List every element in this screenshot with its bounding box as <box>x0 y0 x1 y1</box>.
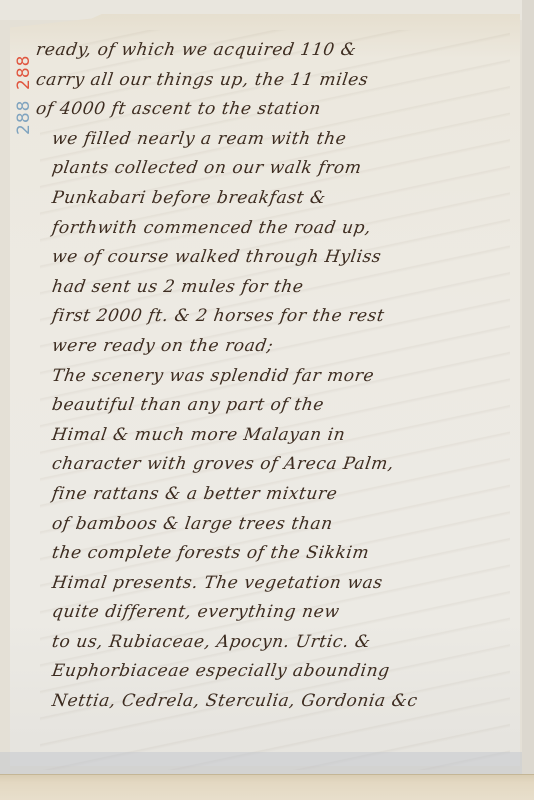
text-line: Punkabari before breakfast & <box>34 184 518 214</box>
text-line: of 4000 ft ascent to the station <box>34 95 518 125</box>
text-line: Himal & much more Malayan in <box>34 421 518 451</box>
text-line: of bamboos & large trees than <box>34 510 518 540</box>
text-line: carry all our things up, the 11 miles <box>34 66 518 96</box>
text-line: Himal presents. The vegetation was <box>34 569 518 599</box>
text-line: character with groves of Areca Palm, <box>34 450 518 480</box>
text-line: the complete forests of the Sikkim <box>34 539 518 569</box>
text-line: we of course walked through Hyliss <box>34 243 518 273</box>
text-line: beautiful than any part of the <box>34 391 518 421</box>
text-line: were ready on the road; <box>34 332 518 362</box>
text-line: plants collected on our walk from <box>34 154 518 184</box>
text-line: forthwith commenced the road up, <box>34 214 518 244</box>
scan-backdrop-right <box>522 0 534 800</box>
text-line: Nettia, Cedrela, Sterculia, Gordonia &c <box>34 687 518 717</box>
text-line: to us, Rubiaceae, Apocyn. Urtic. & <box>34 628 518 658</box>
text-line: we filled nearly a ream with the <box>34 125 518 155</box>
mounting-board <box>0 774 534 800</box>
text-line: first 2000 ft. & 2 horses for the rest <box>34 302 518 332</box>
folio-number-blue: 288 <box>14 100 34 135</box>
text-line: ready, of which we acquired 110 & <box>34 36 518 66</box>
text-line: fine rattans & a better mixture <box>34 480 518 510</box>
text-line: had sent us 2 mules for the <box>34 273 518 303</box>
text-line: The scenery was splendid far more <box>34 362 518 392</box>
folio-number-red: 288 <box>14 55 34 90</box>
paper-fold-shadow <box>0 752 522 774</box>
handwritten-text: ready, of which we acquired 110 & carry … <box>36 36 516 717</box>
text-line: Euphorbiaceae especially abounding <box>34 657 518 687</box>
text-line: quite different, everything new <box>34 598 518 628</box>
